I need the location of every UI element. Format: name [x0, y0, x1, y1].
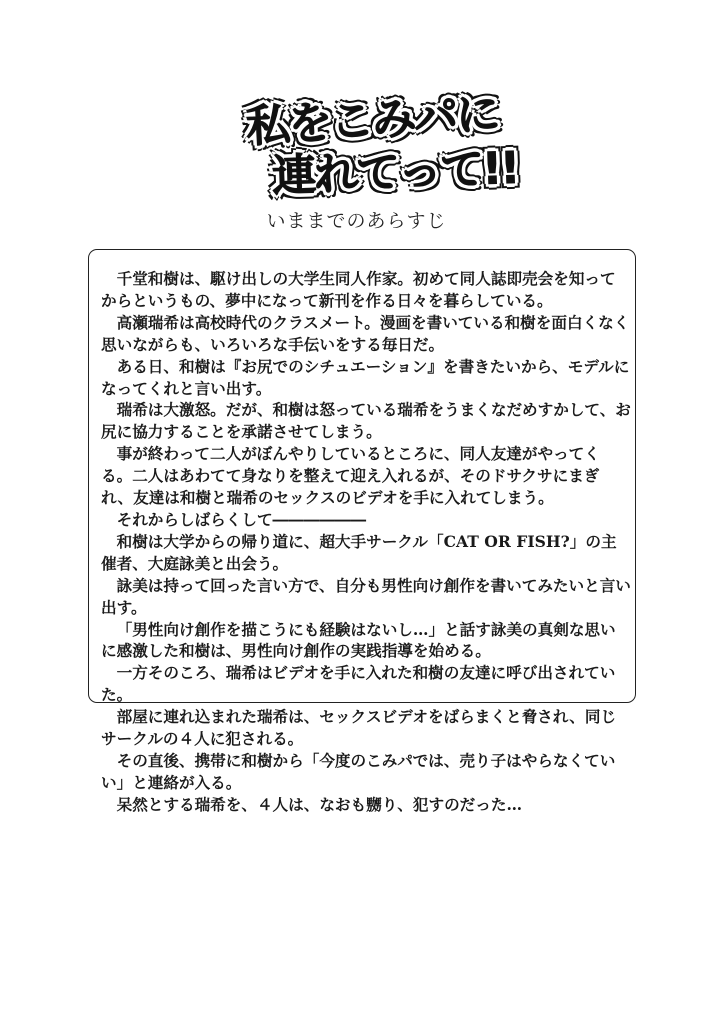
synopsis-paragraph: 和樹は大学からの帰り道に、超大手サークル「CAT OR FISH?」の主催者、大…	[101, 531, 631, 575]
synopsis-paragraph: ある日、和樹は『お尻でのシチュエーション』を書きたいから、モデルになってくれと言…	[101, 356, 631, 400]
synopsis-paragraph: 瑞希は大激怒。だが、和樹は怒っている瑞希をうまくなだめすかして、お尻に協力するこ…	[101, 399, 631, 443]
synopsis-paragraph: 呆然とする瑞希を、４人は、なおも嬲り、犯すのだった…	[101, 794, 631, 816]
synopsis-paragraph: 千堂和樹は、駆け出しの大学生同人作家。初めて同人誌即売会を知ってからというもの、…	[101, 268, 631, 312]
synopsis-paragraph: 「男性向け創作を描こうにも経験はないし…」と話す詠美の真剣な思いに感激した和樹は…	[101, 619, 631, 663]
synopsis-text: 千堂和樹は、駆け出しの大学生同人作家。初めて同人誌即売会を知ってからというもの、…	[101, 268, 631, 816]
synopsis-paragraph: 高瀬瑞希は高校時代のクラスメート。漫画を書いている和樹を面白くなく思いながらも、…	[101, 312, 631, 356]
synopsis-paragraph: それからしばらくして――――――	[101, 509, 631, 531]
synopsis-paragraph: 詠美は持って回った言い方で、自分も男性向け創作を書いてみたいと言い出す。	[101, 575, 631, 619]
synopsis-paragraph: 部屋に連れ込まれた瑞希は、セックスビデオをばらまくと脅され、同じサークルの４人に…	[101, 706, 631, 750]
title-logo: 私をこみパに 連れてって!!	[238, 78, 482, 194]
synopsis-paragraph: 一方そのころ、瑞希はビデオを手に入れた和樹の友達に呼び出されていた。	[101, 662, 631, 706]
synopsis-paragraph: その直後、携帯に和樹から「今度のこみパでは、売り子はやらなくていい」と連絡が入る…	[101, 750, 631, 794]
synopsis-paragraph: 事が終わって二人がぼんやりしているところに、同人友達がやってくる。二人はあわてて…	[101, 443, 631, 509]
title-logo-line-2: 連れてって!!	[271, 132, 519, 205]
section-heading: いままでのあらすじ	[0, 206, 713, 233]
